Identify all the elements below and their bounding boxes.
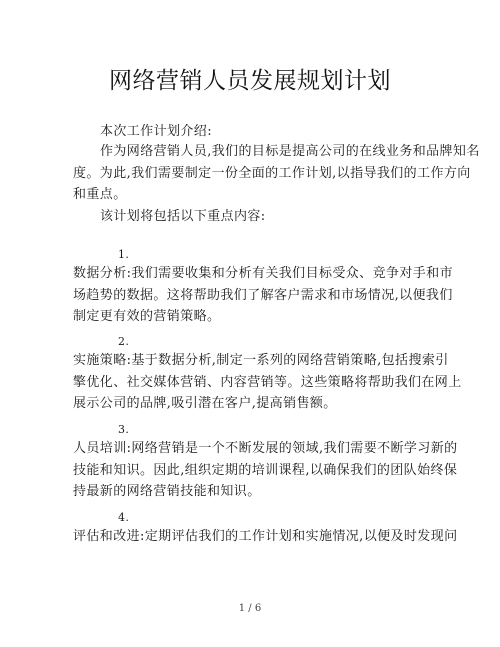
intro-line: 和重点。 <box>73 187 433 202</box>
item-number: 4. <box>118 510 478 525</box>
item-number: 2. <box>118 334 478 349</box>
item-line: 实施策略:基于数据分析,制定一系列的网络营销策略,包括搜索引 <box>73 353 433 368</box>
item-line: 擎优化、社交媒体营销、内容营销等。这些策略将帮助我们在网上 <box>73 375 433 390</box>
item-number: 1. <box>118 247 478 262</box>
item-line: 展示公司的品牌,吸引潜在客户,提高销售额。 <box>73 396 433 411</box>
item-line: 制定更有效的营销策略。 <box>73 309 433 324</box>
item-line: 评估和改进:定期评估我们的工作计划和实施情况,以便及时发现问 <box>73 529 433 544</box>
intro-heading: 本次工作计划介绍: <box>100 124 460 139</box>
item-line: 人员培训:网络营销是一个不断发展的领域,我们需要不断学习新的 <box>73 441 433 456</box>
item-line: 场趋势的数据。这将帮助我们了解客户需求和市场情况,以便我们 <box>73 288 433 303</box>
page-indicator: 1 / 6 <box>0 603 500 614</box>
intro-line: 度。为此,我们需要制定一份全面的工作计划,以指导我们的工作方向 <box>73 166 433 181</box>
list-intro: 该计划将包括以下重点内容: <box>100 209 460 224</box>
item-line: 持最新的网络营销技能和知识。 <box>73 484 433 499</box>
item-number: 3. <box>118 422 478 437</box>
item-line: 数据分析:我们需要收集和分析有关我们目标受众、竞争对手和市 <box>73 266 433 281</box>
item-line: 技能和知识。因此,组织定期的培训课程,以确保我们的团队始终保 <box>73 463 433 478</box>
document-title: 网络营销人员发展规划计划 <box>0 62 500 95</box>
intro-line: 作为网络营销人员,我们的目标是提高公司的在线业务和品牌知名 <box>100 144 460 159</box>
